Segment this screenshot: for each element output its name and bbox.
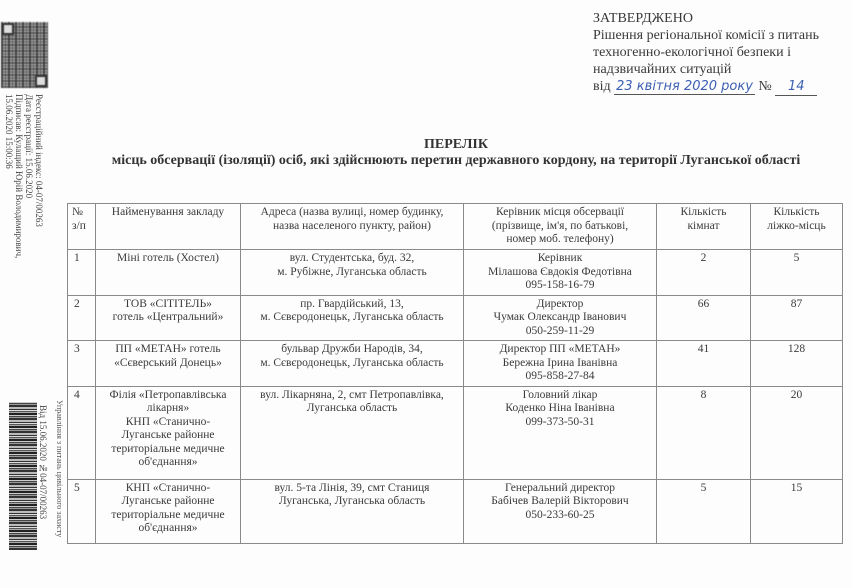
table-row: 4 Філія «Петропавлівськалікарня»КНП «Ста… — [68, 386, 843, 479]
cell-line: Директор — [468, 298, 652, 312]
cell-rooms: 2 — [657, 250, 751, 296]
cell-num: 1 — [68, 250, 96, 296]
registration-stamp: Реєстраційний індекс: 04-07/00263 Дата р… — [4, 94, 44, 258]
approval-heading: ЗАТВЕРДЖЕНО — [593, 10, 819, 27]
cell-address: вул. 5-та Лінія, 39, смт СтаницяЛуганськ… — [241, 479, 464, 543]
cell-rooms: 5 — [657, 479, 751, 543]
cell-line: територіальне медичне — [100, 509, 236, 523]
cell-manager: Директор ПП «МЕТАН»Бережна Ірина Іванівн… — [464, 341, 657, 387]
cell-line: 050-233-60-25 — [468, 509, 652, 523]
cell-name: Міні готель (Хостел) — [96, 250, 241, 296]
cell-line: пр. Гвардійський, 13, — [245, 298, 459, 312]
cell-line: Адреса (назва вулиці, номер будинку, — [245, 206, 459, 220]
cell-line: Керівник — [468, 252, 652, 266]
cell-line: готель «Центральний» — [100, 311, 236, 325]
table-header-row: №з/п Найменування закладу Адреса (назва … — [68, 204, 843, 250]
approval-line-2: техногенно-екологічної безпеки і — [593, 44, 819, 61]
cell-line: Бережна Ірина Іванівна — [468, 357, 652, 371]
header-manager: Керівник місця обсервації(прізвище, ім'я… — [464, 204, 657, 250]
cell-beds: 20 — [751, 386, 843, 479]
cell-beds: 87 — [751, 295, 843, 341]
signed-by: Підписав: Кулащий Юрій Володимирович, — [14, 94, 24, 258]
reg-date: Дата реєстрації: 15.06.2020 — [24, 94, 34, 258]
cell-line: Кількість — [661, 206, 746, 220]
cell-address: вул. Лікарняна, 2, смт Петропавлівка,Луг… — [241, 386, 464, 479]
observation-places-table: №з/п Найменування закладу Адреса (назва … — [67, 203, 843, 544]
cell-beds: 15 — [751, 479, 843, 543]
cell-line: ліжко-місць — [755, 220, 838, 234]
cell-manager: ДиректорЧумак Олександр Іванович050-259-… — [464, 295, 657, 341]
cell-line: 050-259-11-29 — [468, 325, 652, 339]
cell-line: Луганське районне — [100, 495, 236, 509]
cell-rooms: 8 — [657, 386, 751, 479]
cell-rooms: 41 — [657, 341, 751, 387]
cell-name: КНП «Станично-Луганське районнетериторіа… — [96, 479, 241, 543]
approval-block: ЗАТВЕРДЖЕНО Рішення регіональної комісії… — [593, 10, 819, 96]
cell-line: КНП «Станично- — [100, 416, 236, 430]
cell-address: пр. Гвардійський, 13,м. Сєвєродонецьк, Л… — [241, 295, 464, 341]
header-num: №з/п — [68, 204, 96, 250]
cell-line: Мілашова Євдокія Федотівна — [468, 266, 652, 280]
barcode — [9, 402, 37, 550]
cell-line: 095-158-16-79 — [468, 279, 652, 293]
cell-manager: КерівникМілашова Євдокія Федотівна095-15… — [464, 250, 657, 296]
document-subtitle: місць обсервації (ізоляції) осіб, які зд… — [60, 153, 852, 169]
table-row: 1 Міні готель (Хостел) вул. Студентська,… — [68, 250, 843, 296]
cell-line: вул. 5-та Лінія, 39, смт Станиця — [245, 482, 459, 496]
cell-beds: 128 — [751, 341, 843, 387]
cell-line: об'єднання» — [100, 522, 236, 536]
handwritten-number: 14 — [775, 78, 817, 96]
cell-line: Чумак Олександр Іванович — [468, 311, 652, 325]
cell-num: 5 — [68, 479, 96, 543]
cell-line: Кількість — [755, 206, 838, 220]
cell-line: Директор ПП «МЕТАН» — [468, 343, 652, 357]
cell-name: Філія «Петропавлівськалікарня»КНП «Стани… — [96, 386, 241, 479]
cell-name: ПП «МЕТАН» готель«Сєверський Донець» — [96, 341, 241, 387]
cell-line: № — [72, 206, 91, 220]
cell-line: Луганське районне — [100, 429, 236, 443]
cell-num: 4 — [68, 386, 96, 479]
table-row: 5 КНП «Станично-Луганське районнетеритор… — [68, 479, 843, 543]
cell-manager: Генеральний директорБабічев Валерій Вікт… — [464, 479, 657, 543]
cell-num: 3 — [68, 341, 96, 387]
cell-line: м. Сєвєродонецьк, Луганська область — [245, 311, 459, 325]
cell-line: Бабічев Валерій Вікторович — [468, 495, 652, 509]
handwritten-date: 23 квітня 2020 року — [614, 79, 755, 95]
from-label: від — [593, 79, 611, 94]
cell-line: вул. Студентська, буд. 32, — [245, 252, 459, 266]
cell-line: (прізвище, ім'я, по батькові, — [468, 220, 652, 234]
cell-line: бульвар Дружби Народів, 34, — [245, 343, 459, 357]
document-title: ПЕРЕЛІК — [60, 137, 852, 153]
cell-line: Луганська область — [245, 402, 459, 416]
reg-index: Реєстраційний індекс: 04-07/00263 — [34, 94, 44, 258]
cell-line: Луганська, Луганська область — [245, 495, 459, 509]
cell-line: м. Сєвєродонецьк, Луганська область — [245, 357, 459, 371]
cell-line: кімнат — [661, 220, 746, 234]
cell-line: назва населеного пункту, район) — [245, 220, 459, 234]
cell-line: лікарня» — [100, 402, 236, 416]
header-beds: Кількістьліжко-місць — [751, 204, 843, 250]
cell-line: Генеральний директор — [468, 482, 652, 496]
qr-code — [1, 22, 48, 88]
signed-at: 15.06.2020 15:00:36 — [4, 94, 14, 258]
cell-line: м. Рубіжне, Луганська область — [245, 266, 459, 280]
header-address: Адреса (назва вулиці, номер будинку,назв… — [241, 204, 464, 250]
cell-line: номер моб. телефону) — [468, 233, 652, 247]
cell-line: Керівник місця обсервації — [468, 206, 652, 220]
cell-address: вул. Студентська, буд. 32,м. Рубіжне, Лу… — [241, 250, 464, 296]
cell-line: 099-373-50-31 — [468, 416, 652, 430]
cell-line: Філія «Петропавлівська — [100, 389, 236, 403]
barcode-ref: Від 15.06.2020 №04-07/00263 — [38, 405, 48, 519]
number-label: № — [758, 79, 771, 94]
table-row: 2 ТОВ «СІТІТЕЛЬ»готель «Центральний» пр.… — [68, 295, 843, 341]
cell-line: КНП «Станично- — [100, 482, 236, 496]
cell-line: ТОВ «СІТІТЕЛЬ» — [100, 298, 236, 312]
approval-line-1: Рішення регіональної комісії з питань — [593, 27, 819, 44]
cell-rooms: 66 — [657, 295, 751, 341]
header-name: Найменування закладу — [96, 204, 241, 250]
cell-line: Найменування закладу — [100, 206, 236, 220]
cell-line: 095-858-27-84 — [468, 370, 652, 384]
cell-beds: 5 — [751, 250, 843, 296]
cell-line: Головний лікар — [468, 389, 652, 403]
cell-name: ТОВ «СІТІТЕЛЬ»готель «Центральний» — [96, 295, 241, 341]
cell-address: бульвар Дружби Народів, 34,м. Сєвєродоне… — [241, 341, 464, 387]
approval-date-line: від 23 квітня 2020 року № 14 — [593, 78, 819, 96]
cell-line: об'єднання» — [100, 456, 236, 470]
cell-manager: Головний лікарКоденко Ніна Іванівна099-3… — [464, 386, 657, 479]
cell-line: «Сєверський Донець» — [100, 357, 236, 371]
header-rooms: Кількістькімнат — [657, 204, 751, 250]
table-row: 3 ПП «МЕТАН» готель«Сєверський Донець» б… — [68, 341, 843, 387]
cell-line: вул. Лікарняна, 2, смт Петропавлівка, — [245, 389, 459, 403]
cell-line: Коденко Ніна Іванівна — [468, 402, 652, 416]
cell-line: ПП «МЕТАН» готель — [100, 343, 236, 357]
cell-line: Міні готель (Хостел) — [100, 252, 236, 266]
cell-line: з/п — [72, 220, 91, 234]
cell-line: територіальне медичне — [100, 443, 236, 457]
department-stamp: Управління з питань цивільного захисту — [55, 400, 64, 537]
cell-num: 2 — [68, 295, 96, 341]
approval-line-3: надзвичайних ситуацій — [593, 61, 819, 78]
